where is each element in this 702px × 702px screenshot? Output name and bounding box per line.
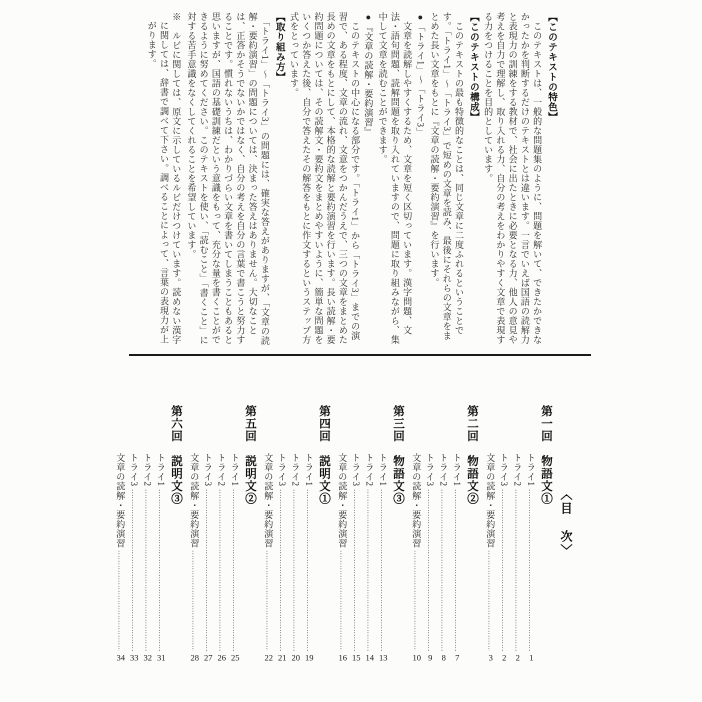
intro-section-approach: 【取り組み方】 「トライ1」〜「トライ3」の問題には、確実な答えがありますが、「…	[185, 12, 285, 346]
toc-page-number: 8	[439, 653, 449, 663]
toc-chapter-2: 第二回 物語文② トライ17 トライ28 トライ39 文章の読解・要約演習10	[410, 398, 480, 662]
section-body-features: このテキストは、一般的な問題集のように、問題を解いて、できたかできなかったかを判…	[482, 12, 543, 346]
toc-entry: トライ11	[525, 398, 539, 662]
toc-entry: 文章の読解・要約演習10	[410, 398, 424, 662]
toc-entry: 文章の読解・要約演習28	[188, 398, 202, 662]
dotted-leader	[306, 489, 314, 651]
toc-entry: トライ17	[451, 398, 465, 662]
dotted-leader	[131, 489, 139, 651]
toc-entry-label: 文章の読解・要約演習	[262, 453, 275, 548]
toc-page-number: 31	[156, 653, 166, 663]
table-of-contents: 〈目 次〉 第一回 物語文① トライ11 トライ22 トライ32 文章の読解・要…	[110, 398, 575, 662]
toc-entry-label: トライ3	[202, 453, 215, 487]
toc-entry: トライ214	[363, 398, 377, 662]
toc-title: 〈目 次〉	[561, 398, 575, 662]
section-heading-features: 【このテキストの特色】	[544, 12, 557, 346]
chapter-heading: 第三回 物語文③	[393, 398, 406, 662]
dotted-leader	[440, 489, 448, 651]
toc-entry-label: トライ3	[128, 453, 141, 487]
section-heading-structure: 【このテキストの構成】	[466, 12, 479, 346]
toc-entry-label: 文章の読解・要約演習	[410, 453, 423, 548]
chapter-heading: 第六回 説明文③	[171, 398, 184, 662]
toc-entry-label: トライ2	[141, 453, 154, 487]
toc-entry: トライ232	[141, 398, 155, 662]
toc-page-number: 28	[190, 653, 200, 663]
dotted-leader	[339, 550, 347, 651]
dotted-leader	[514, 489, 522, 651]
dotted-leader	[232, 489, 240, 651]
toc-page-number: 20	[291, 653, 301, 663]
toc-entry: トライ113	[377, 398, 391, 662]
toc-entry-label: 文章の読解・要約演習	[336, 453, 349, 548]
toc-page-number: 9	[425, 653, 435, 663]
toc-entry: トライ39	[424, 398, 438, 662]
toc-chapter-6: 第六回 説明文③ トライ131 トライ232 トライ333 文章の読解・要約演習…	[114, 398, 184, 662]
dotted-leader	[427, 489, 435, 651]
intro-page: 【このテキストの特色】 このテキストは、一般的な問題集のように、問題を解いて、で…	[145, 12, 557, 346]
toc-entry-label: トライ2	[437, 453, 450, 487]
toc-entry-label: 文章の読解・要約演習	[114, 453, 127, 548]
toc-page-number: 34	[116, 653, 126, 663]
intro-subsection-dokkai: ●『文章の読解・要約演習』 このテキストの中心になる部分です。「トライ1」から「…	[288, 12, 375, 346]
toc-page-number: 22	[264, 653, 274, 663]
toc-entry: 文章の読解・要約演習16	[336, 398, 350, 662]
toc-chapter-1: 第一回 物語文① トライ11 トライ22 トライ32 文章の読解・要約演習3	[484, 398, 554, 662]
toc-entry-label: トライ1	[229, 453, 242, 487]
toc-chapter-3: 第三回 物語文③ トライ113 トライ214 トライ315 文章の読解・要約演習…	[336, 398, 406, 662]
toc-page-number: 21	[277, 653, 287, 663]
toc-page-number: 27	[203, 653, 213, 663]
toc-entry-label: トライ1	[525, 453, 538, 487]
bullet-body-try: 文章を読解しやすくするため、文章を短く区切っています。漢字問題、文法・語句問題、…	[376, 12, 413, 346]
toc-entry: トライ119	[303, 398, 317, 662]
toc-page-number: 32	[143, 653, 153, 663]
bullet-heading-dokkai: ●『文章の読解・要約演習』	[362, 12, 374, 346]
toc-entry-label: トライ2	[363, 453, 376, 487]
bullet-body-dokkai: このテキストの中心になる部分です。「トライ1」から「トライ3」までの演習で、ある…	[288, 12, 361, 346]
toc-entry-label: トライ3	[276, 453, 289, 487]
chapter-heading: 第四回 説明文①	[319, 398, 332, 662]
toc-entry-label: トライ3	[424, 453, 437, 487]
dotted-leader	[158, 489, 166, 651]
toc-page-number: 7	[452, 653, 462, 663]
toc-entry: トライ131	[155, 398, 169, 662]
toc-page-number: 15	[351, 653, 361, 663]
dotted-leader	[218, 489, 226, 651]
chapter-heading: 第二回 物語文②	[467, 398, 480, 662]
toc-entry-label: トライ1	[303, 453, 316, 487]
dotted-leader	[454, 489, 462, 651]
toc-page-number: 3	[486, 653, 496, 663]
section-heading-approach: 【取り組み方】	[272, 12, 285, 346]
dotted-leader	[144, 489, 152, 651]
toc-entry-label: トライ2	[511, 453, 524, 487]
toc-entry: トライ22	[511, 398, 525, 662]
ruby-note: ※ ルビに関しては、原文に示しているルビだけつけています。読めない漢字に関しては…	[145, 12, 182, 346]
toc-entry: トライ28	[437, 398, 451, 662]
bullet-heading-try: ●「トライ1」〜「トライ3」	[414, 12, 426, 346]
dotted-leader	[117, 550, 125, 651]
toc-chapter-5: 第五回 説明文② トライ125 トライ226 トライ327 文章の読解・要約演習…	[188, 398, 258, 662]
toc-page-number: 13	[378, 653, 388, 663]
scanned-book-page: 【このテキストの特色】 このテキストは、一般的な問題集のように、問題を解いて、で…	[0, 0, 702, 702]
toc-entry: トライ333	[128, 398, 142, 662]
toc-entry-label: 文章の読解・要約演習	[188, 453, 201, 548]
chapter-heading: 第五回 説明文②	[245, 398, 258, 662]
toc-entry: トライ321	[276, 398, 290, 662]
dotted-leader	[487, 550, 495, 651]
toc-entry-label: トライ2	[215, 453, 228, 487]
toc-entry: トライ226	[215, 398, 229, 662]
toc-entry: 文章の読解・要約演習22	[262, 398, 276, 662]
toc-entry-label: トライ1	[155, 453, 168, 487]
dotted-leader	[279, 489, 287, 651]
intro-subsection-try: ●「トライ1」〜「トライ3」 文章を読解しやすくするため、文章を短く区切っていま…	[376, 12, 426, 346]
dotted-leader	[501, 489, 509, 651]
page-divider	[129, 354, 591, 356]
dotted-leader	[528, 489, 536, 651]
toc-entry-label: 文章の読解・要約演習	[484, 453, 497, 548]
toc-page-number: 10	[412, 653, 422, 663]
section-body-approach: 「トライ1」〜「トライ3」の問題には、確実な答えがありますが、「文章の読解・要約…	[185, 12, 271, 346]
toc-entry: 文章の読解・要約演習3	[484, 398, 498, 662]
dotted-leader	[191, 550, 199, 651]
toc-page-number: 1	[526, 653, 536, 663]
toc-entry-label: トライ2	[289, 453, 302, 487]
dotted-leader	[353, 489, 361, 651]
dotted-leader	[265, 550, 273, 651]
toc-page-number: 16	[338, 653, 348, 663]
toc-page-number: 26	[217, 653, 227, 663]
toc-entry: トライ125	[229, 398, 243, 662]
toc-entry-label: トライ3	[498, 453, 511, 487]
toc-page-number: 19	[304, 653, 314, 663]
chapter-heading: 第一回 物語文①	[541, 398, 554, 662]
toc-entry: 文章の読解・要約演習34	[114, 398, 128, 662]
toc-entry-label: トライ3	[350, 453, 363, 487]
toc-page-number: 2	[513, 653, 523, 663]
toc-chapter-4: 第四回 説明文① トライ119 トライ220 トライ321 文章の読解・要約演習…	[262, 398, 332, 662]
section-body-structure: このテキストの最も特徴的なことは、同じ文章に二度ふれるということです。「トライ1…	[428, 12, 465, 346]
toc-page-number: 25	[230, 653, 240, 663]
toc-page-number: 2	[499, 653, 509, 663]
dotted-leader	[292, 489, 300, 651]
toc-page-number: 14	[365, 653, 375, 663]
toc-page-number: 33	[129, 653, 139, 663]
dotted-leader	[380, 489, 388, 651]
toc-entry: トライ32	[498, 398, 512, 662]
dotted-leader	[366, 489, 374, 651]
intro-section-features: 【このテキストの特色】 このテキストは、一般的な問題集のように、問題を解いて、で…	[482, 12, 557, 346]
dotted-leader	[205, 489, 213, 651]
toc-entry-label: トライ1	[377, 453, 390, 487]
toc-entry: トライ327	[202, 398, 216, 662]
toc-entry-label: トライ1	[451, 453, 464, 487]
intro-section-structure: 【このテキストの構成】 このテキストの最も特徴的なことは、同じ文章に二度ふれると…	[428, 12, 479, 346]
dotted-leader	[413, 550, 421, 651]
toc-entry: トライ315	[350, 398, 364, 662]
toc-entry: トライ220	[289, 398, 303, 662]
